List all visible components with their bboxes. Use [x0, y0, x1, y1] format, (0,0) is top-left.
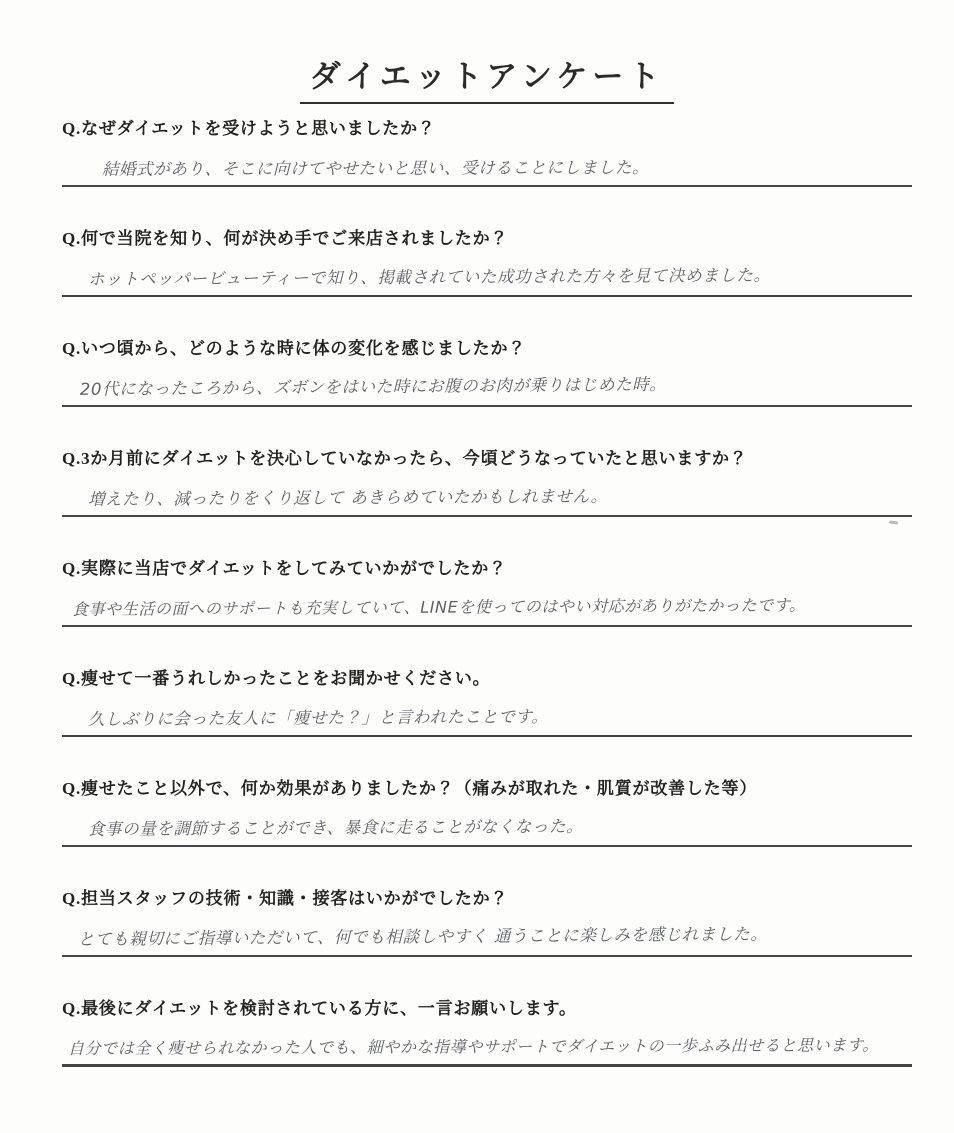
qa-block-6: Q.痩せて一番うれしかったことをお聞かせください。 久しぶりに会った友人に「痩せ…	[62, 668, 912, 737]
question-text: Q.実際に当店でダイエットをしてみていかがでしたか？	[62, 558, 912, 580]
question-text: Q.最後にダイエットを検討されている方に、一言お願いします。	[62, 998, 912, 1020]
answer-line: 自分では全く痩せられなかった人でも、細やかな指導やサポートでダイエットの一歩ふみ…	[62, 1028, 912, 1067]
handwritten-answer: ホットペッパービューティーで知り、掲載されていた成功された方々を見て決めました。	[62, 262, 775, 295]
handwritten-answer: 自分では全く痩せられなかった人でも、細やかな指導やサポートでダイエットの一歩ふみ…	[62, 1033, 883, 1065]
qa-block-4: Q.3か月前にダイエットを決心していなかったら、今頃どうなっていたと思いますか？…	[62, 448, 912, 517]
answer-line: ホットペッパービューティーで知り、掲載されていた成功された方々を見て決めました。	[62, 258, 912, 297]
answer-line: 食事の量を調節することができ、暴食に走ることがなくなった。	[62, 808, 912, 847]
answer-line: 増えたり、減ったりをくり返して あきらめていたかもしれません。	[62, 478, 912, 517]
qa-block-2: Q.何で当院を知り、何が決め手でご来店されましたか？ ホットペッパービューティー…	[62, 228, 912, 297]
answer-line: 食事や生活の面へのサポートも充実していて、LINEを使ってのはやい対応がありがた…	[62, 588, 912, 627]
question-text: Q.痩せたこと以外で、何か効果がありましたか？（痛みが取れた・肌質が改善した等）	[62, 778, 912, 800]
handwritten-answer: 20代になったころから、ズボンをはいた時にお腹のお肉が乗りはじめた時。	[62, 371, 671, 405]
handwritten-answer: 結婚式があり、そこに向けてやせたいと思い、受けることにしました。	[62, 154, 653, 185]
qa-block-1: Q.なぜダイエットを受けようと思いましたか？ 結婚式があり、そこに向けてやせたい…	[62, 118, 912, 187]
qa-block-3: Q.いつ頃から、どのような時に体の変化を感じましたか？ 20代になったころから、…	[62, 338, 912, 407]
handwritten-answer: 食事や生活の面へのサポートも充実していて、LINEを使ってのはやい対応がありがた…	[62, 593, 810, 626]
page-title: ダイエットアンケート	[300, 58, 675, 104]
answer-line: 久しぶりに会った友人に「痩せた？」と言われたことです。	[62, 698, 912, 737]
question-text: Q.3か月前にダイエットを決心していなかったら、今頃どうなっていたと思いますか？	[62, 448, 912, 470]
question-text: Q.何で当院を知り、何が決め手でご来店されましたか？	[62, 228, 912, 250]
title-wrap: ダイエットアンケート	[62, 58, 912, 104]
scan-speck	[889, 520, 898, 524]
qa-block-9: Q.最後にダイエットを検討されている方に、一言お願いします。 自分では全く痩せら…	[62, 998, 912, 1067]
handwritten-answer: とても親切にご指導いただいて、何でも相談しやすく 通うことに楽しみを感じれました…	[62, 921, 772, 956]
qa-block-8: Q.担当スタッフの技術・知識・接客はいかがでしたか？ とても親切にご指導いただい…	[62, 888, 912, 957]
question-text: Q.なぜダイエットを受けようと思いましたか？	[62, 118, 912, 140]
answer-line: とても親切にご指導いただいて、何でも相談しやすく 通うことに楽しみを感じれました…	[62, 918, 912, 957]
questionnaire-page: ダイエットアンケート Q.なぜダイエットを受けようと思いましたか？ 結婚式があり…	[0, 0, 954, 1133]
answer-line: 20代になったころから、ズボンをはいた時にお腹のお肉が乗りはじめた時。	[62, 368, 912, 407]
handwritten-answer: 増えたり、減ったりをくり返して あきらめていたかもしれません。	[62, 483, 612, 515]
qa-block-5: Q.実際に当店でダイエットをしてみていかがでしたか？ 食事や生活の面へのサポート…	[62, 558, 912, 627]
handwritten-answer: 食事の量を調節することができ、暴食に走ることがなくなった。	[62, 813, 587, 845]
handwritten-answer: 久しぶりに会った友人に「痩せた？」と言われたことです。	[62, 703, 553, 735]
question-text: Q.いつ頃から、どのような時に体の変化を感じましたか？	[62, 338, 912, 360]
answer-line: 結婚式があり、そこに向けてやせたいと思い、受けることにしました。	[62, 148, 912, 187]
qa-block-7: Q.痩せたこと以外で、何か効果がありましたか？（痛みが取れた・肌質が改善した等）…	[62, 778, 912, 847]
question-text: Q.痩せて一番うれしかったことをお聞かせください。	[62, 668, 912, 690]
question-text: Q.担当スタッフの技術・知識・接客はいかがでしたか？	[62, 888, 912, 910]
